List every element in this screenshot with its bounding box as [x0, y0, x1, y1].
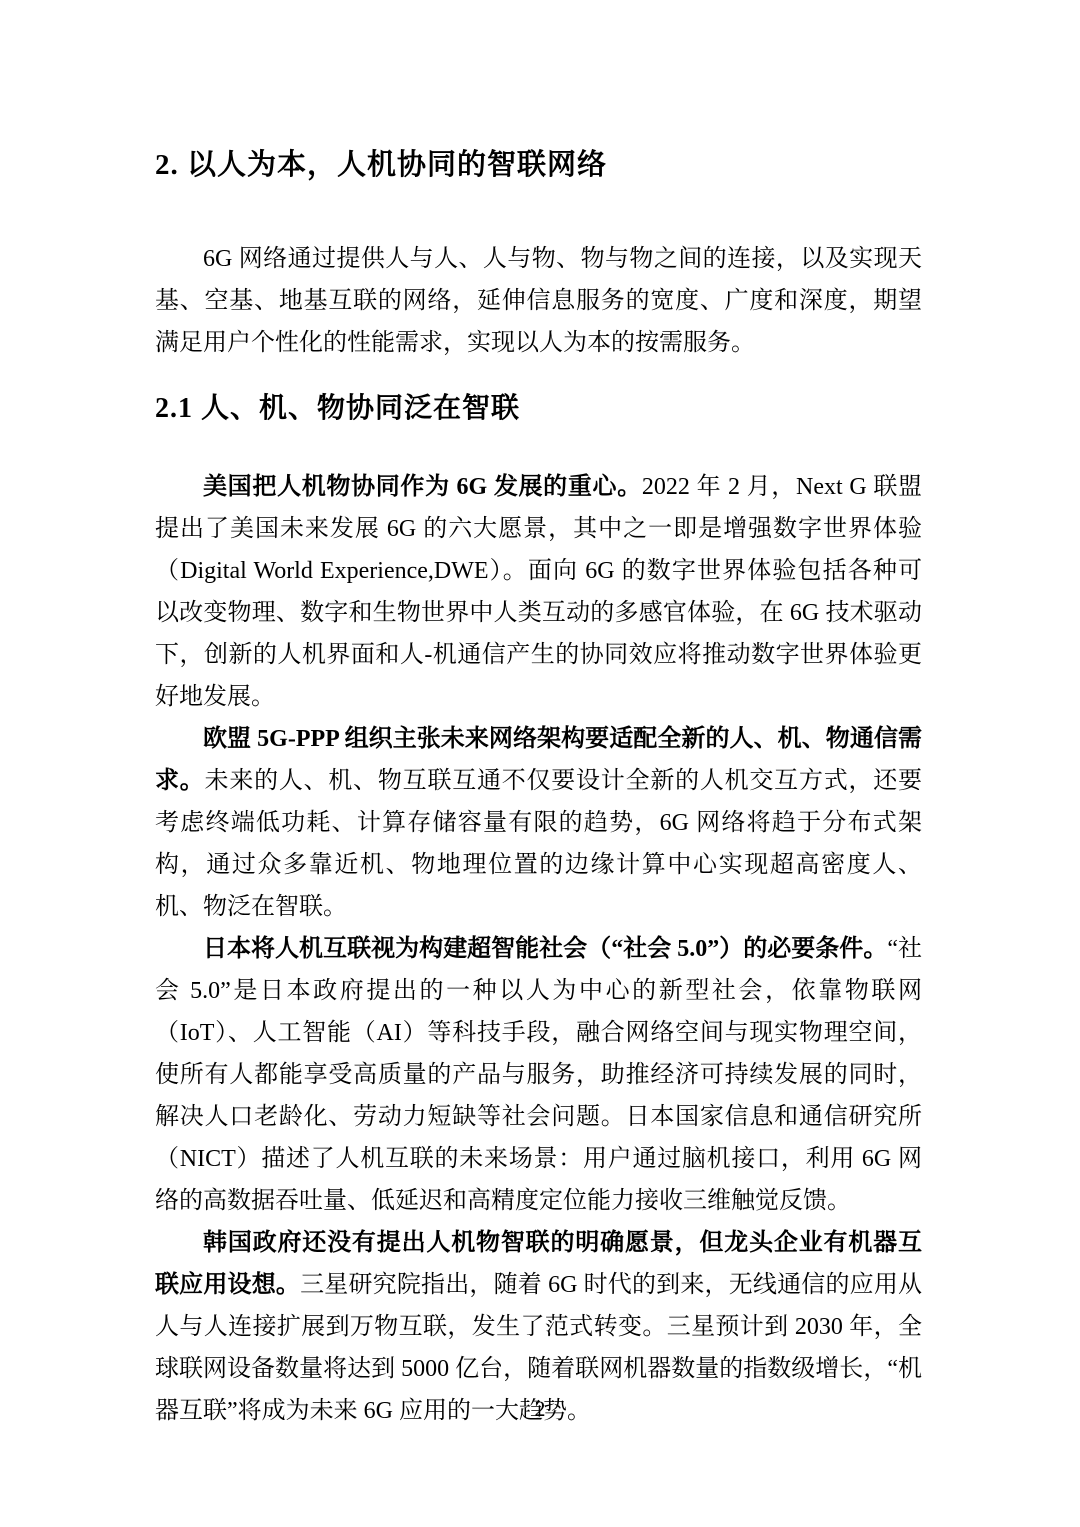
paragraph-eu-body: 未来的人、机、物互联互通不仅要设计全新的人机交互方式，还要考虑终端低功耗、计算存…: [155, 768, 922, 920]
paragraph-usa-lead: 美国把人机物协同作为 6G 发展的重心。: [203, 474, 642, 500]
paragraph-usa-body: 2022 年 2 月，Next G 联盟提出了美国未来发展 6G 的六大愿景，其…: [155, 474, 922, 710]
document-page-content: 2. 以人为本，人机协同的智联网络 6G 网络通过提供人与人、人与物、物与物之间…: [155, 148, 922, 1432]
paragraph-eu: 欧盟 5G-PPP 组织主张未来网络架构要适配全新的人、机、物通信需求。未来的人…: [155, 718, 922, 928]
subsection-heading: 2.1 人、机、物协同泛在智联: [155, 392, 922, 426]
paragraph-japan: 日本将人机互联视为构建超智能社会（“社会 5.0”）的必要条件。“社会 5.0”…: [155, 928, 922, 1222]
chapter-title: 2. 以人为本，人机协同的智联网络: [155, 148, 922, 182]
page-number: 2: [0, 1396, 1080, 1422]
paragraph-japan-lead: 日本将人机互联视为构建超智能社会（“社会 5.0”）的必要条件。: [203, 936, 887, 962]
paragraph-usa: 美国把人机物协同作为 6G 发展的重心。2022 年 2 月，Next G 联盟…: [155, 466, 922, 718]
intro-paragraph: 6G 网络通过提供人与人、人与物、物与物之间的连接，以及实现天基、空基、地基互联…: [155, 238, 922, 364]
paragraph-japan-body: “社会 5.0”是日本政府提出的一种以人为中心的新型社会，依靠物联网（IoT）、…: [155, 936, 922, 1214]
